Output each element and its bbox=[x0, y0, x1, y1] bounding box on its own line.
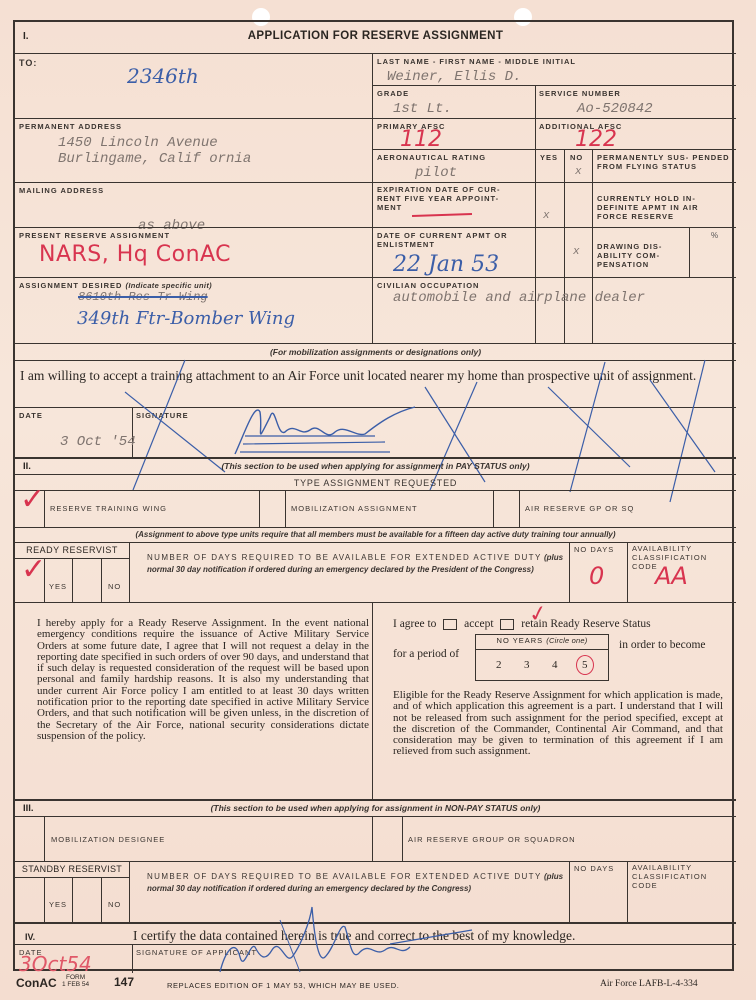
service-number-label: SERVICE NUMBER bbox=[539, 89, 621, 99]
document-page: I. APPLICATION FOR RESERVE ASSIGNMENT TO… bbox=[0, 0, 756, 1000]
permanent-address-line1[interactable]: 1450 Lincoln Avenue bbox=[58, 135, 218, 151]
civilian-occupation-value[interactable]: automobile and airplane dealer bbox=[393, 290, 645, 306]
grade-label: GRADE bbox=[377, 89, 409, 99]
agree-line: I agree to accept retain Ready Reserve S… bbox=[393, 618, 723, 630]
name-label: LAST NAME - FIRST NAME - MIDDLE INITIAL bbox=[377, 57, 576, 67]
ready-yes-label: YES bbox=[49, 582, 67, 592]
suspended-no-mark[interactable]: x bbox=[575, 166, 582, 178]
mobilization-designee-label: MOBILIZATION DESIGNEE bbox=[51, 835, 165, 845]
standby-yes-label: YES bbox=[49, 900, 67, 910]
permanent-address-line2[interactable]: Burlingame, Calif ornia bbox=[58, 151, 251, 167]
retain-checkbox[interactable] bbox=[500, 619, 514, 630]
retain-check-mark: ✓ bbox=[527, 601, 549, 629]
pay-status-note: (This section to be used when applying f… bbox=[15, 461, 736, 471]
expiration-label: EXPIRATION DATE OF CUR- RENT FIVE YEAR A… bbox=[377, 185, 527, 212]
grade-value[interactable]: 1st Lt. bbox=[393, 101, 452, 117]
footer-replaces: REPLACES EDITION OF 1 MAY 53, WHICH MAY … bbox=[167, 981, 399, 990]
ready-reservist-yes-check[interactable]: ✓ bbox=[21, 552, 46, 587]
to-label: TO: bbox=[19, 58, 37, 68]
non-pay-note: (This section to be used when applying f… bbox=[15, 803, 736, 813]
no-header: NO bbox=[570, 153, 583, 163]
present-assignment-value[interactable]: NARS, Hq ConAC bbox=[39, 242, 231, 267]
section-number: IV. bbox=[25, 932, 35, 942]
footer-agency: ConAC bbox=[16, 976, 57, 990]
disability-label: DRAWING DIS- ABILITY COM- PENSATION bbox=[597, 242, 692, 269]
standby-availability-label: AVAILABILITY CLASSIFICATION CODE bbox=[632, 863, 732, 890]
aero-rating-value[interactable]: pilot bbox=[415, 165, 457, 181]
service-number-value[interactable]: Ao-520842 bbox=[577, 101, 653, 117]
in-order-to-become: in order to become bbox=[619, 639, 706, 651]
indefinite-label: CURRENTLY HOLD IN- DEFINITE APMT IN AIR … bbox=[597, 194, 732, 221]
expiration-dash bbox=[412, 213, 472, 217]
air-reserve-group-sq-label: AIR RESERVE GROUP OR SQUADRON bbox=[408, 835, 576, 845]
standby-no-days-label: NO DAYS bbox=[574, 864, 614, 874]
application-form: I. APPLICATION FOR RESERVE ASSIGNMENT TO… bbox=[13, 20, 734, 971]
standby-no-label: NO bbox=[108, 900, 121, 910]
ready-no-label: NO bbox=[108, 582, 121, 592]
eligible-text: Eligible for the Ready Reserve Assignmen… bbox=[393, 690, 723, 758]
days-required-text-II: NUMBER OF DAYS REQUIRED TO BE AVAILABLE … bbox=[147, 552, 567, 576]
footer-form-number: 147 bbox=[114, 975, 134, 989]
selected-year-circle bbox=[576, 655, 594, 675]
permanent-address-label: PERMANENT ADDRESS bbox=[19, 122, 122, 132]
for-period-of: for a period of bbox=[393, 648, 459, 660]
date-current-apmt-label: DATE OF CURRENT APMT OR ENLISTMENT bbox=[377, 231, 527, 249]
applicant-signature bbox=[200, 902, 480, 977]
percent-symbol: % bbox=[711, 231, 718, 240]
disability-no-mark[interactable]: x bbox=[573, 246, 580, 258]
accept-checkbox[interactable] bbox=[443, 619, 457, 630]
mobilization-assignment-label: MOBILIZATION ASSIGNMENT bbox=[291, 504, 418, 514]
reserve-training-wing-label: RESERVE TRAINING WING bbox=[50, 504, 167, 514]
assignment-desired-value[interactable]: 349th Ftr-Bomber Wing bbox=[77, 308, 295, 329]
years-box: NO YEARS (Circle one) 2 3 4 5 bbox=[475, 634, 609, 681]
fifteen-day-note: (Assignment to above type units require … bbox=[15, 530, 736, 539]
form-title: APPLICATION FOR RESERVE ASSIGNMENT bbox=[15, 30, 736, 42]
date-current-apmt-value[interactable]: 22 Jan 53 bbox=[393, 252, 499, 277]
years-option-4[interactable]: 4 bbox=[552, 659, 558, 671]
air-reserve-gp-sq-label: AIR RESERVE GP OR SQ bbox=[525, 504, 634, 514]
name-value[interactable]: Weiner, Ellis D. bbox=[387, 69, 521, 85]
footer-printer: Air Force LAFB-L-4-334 bbox=[600, 979, 698, 989]
to-value[interactable]: 2346th bbox=[127, 64, 199, 88]
indefinite-yes-mark[interactable]: x bbox=[543, 210, 550, 222]
yes-header: YES bbox=[540, 153, 558, 163]
availability-value[interactable]: AA bbox=[655, 562, 688, 590]
suspended-label: PERMANENTLY SUS- PENDED FROM FLYING STAT… bbox=[597, 153, 732, 171]
assignment-desired-struck: 8610th Res Tr Wing bbox=[78, 290, 208, 304]
days-required-text-III: NUMBER OF DAYS REQUIRED TO BE AVAILABLE … bbox=[147, 871, 567, 895]
years-option-2[interactable]: 2 bbox=[496, 659, 502, 671]
years-option-3[interactable]: 3 bbox=[524, 659, 530, 671]
standby-reservist-label: STANDBY RESERVIST bbox=[15, 864, 129, 874]
no-days-value[interactable]: 0 bbox=[589, 562, 604, 590]
aero-rating-label: AERONAUTICAL RATING bbox=[377, 153, 486, 163]
reserve-training-wing-check[interactable]: ✓ bbox=[20, 482, 45, 517]
type-assignment-header: TYPE ASSIGNMENT REQUESTED bbox=[15, 478, 736, 488]
no-days-label: NO DAYS bbox=[574, 545, 614, 555]
footer-form-date: FORM 1 FEB 54 bbox=[62, 974, 89, 988]
mailing-address-label: MAILING ADDRESS bbox=[19, 186, 104, 196]
date-value-2[interactable]: 3Oct54 bbox=[19, 952, 92, 976]
ready-reserve-text: I hereby apply for a Ready Reserve Assig… bbox=[37, 618, 369, 742]
present-assignment-label: PRESENT RESERVE ASSIGNMENT bbox=[19, 231, 170, 241]
